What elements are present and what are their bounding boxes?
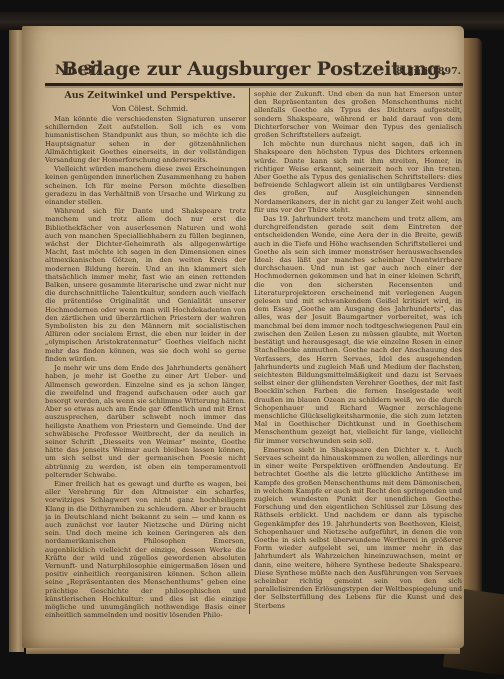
issue-date: 8. Juli 1897.	[396, 66, 461, 77]
paragraph: Ich möchte nun durchaus nicht sagen, daß…	[254, 140, 462, 214]
left-column: Aus Zeitwinkel und Perspektive. Von Cöle…	[45, 90, 246, 617]
masthead-title: Beilage zur Augsburger Postzeitung.	[61, 58, 446, 80]
article-byline: Von Cölest. Schmid.	[45, 103, 246, 114]
paragraph: Je mehr wir uns dem Ende des Jahrhundert…	[45, 364, 246, 479]
masthead: Nr. 37. Beilage zur Augsburger Postzeitu…	[45, 48, 463, 80]
paragraph: Das 19. Jahrhundert trotz manchem und tr…	[254, 215, 462, 445]
paragraph: sophie der Zukunft. Und eben da nun hat …	[254, 90, 462, 139]
paragraph: Während sich für Dante und Shakspeare tr…	[45, 207, 246, 363]
paragraph: Vielleicht würden manchem diese zwei Ers…	[45, 165, 246, 206]
right-column: sophie der Zukunft. Und eben da nun hat …	[254, 90, 462, 617]
paragraph: Emerson sieht in Shakspeare den Dichter …	[254, 446, 462, 610]
photographed-book-page: { "masthead": { "issue_no": "Nr. 37.", "…	[0, 0, 504, 679]
article-title: Aus Zeitwinkel und Perspektive.	[45, 90, 246, 102]
masthead-rule	[45, 83, 463, 86]
paragraph: Einer freilich hat es gewagt und durfte …	[45, 480, 246, 617]
left-column-body: Man könnte die verschiedensten Signature…	[45, 115, 246, 617]
paragraph: Man könnte die verschiedensten Signature…	[45, 115, 246, 164]
newspaper-page: Nr. 37. Beilage zur Augsburger Postzeitu…	[22, 26, 464, 648]
right-column-body: sophie der Zukunft. Und eben da nun hat …	[254, 90, 462, 610]
column-divider	[249, 88, 250, 614]
